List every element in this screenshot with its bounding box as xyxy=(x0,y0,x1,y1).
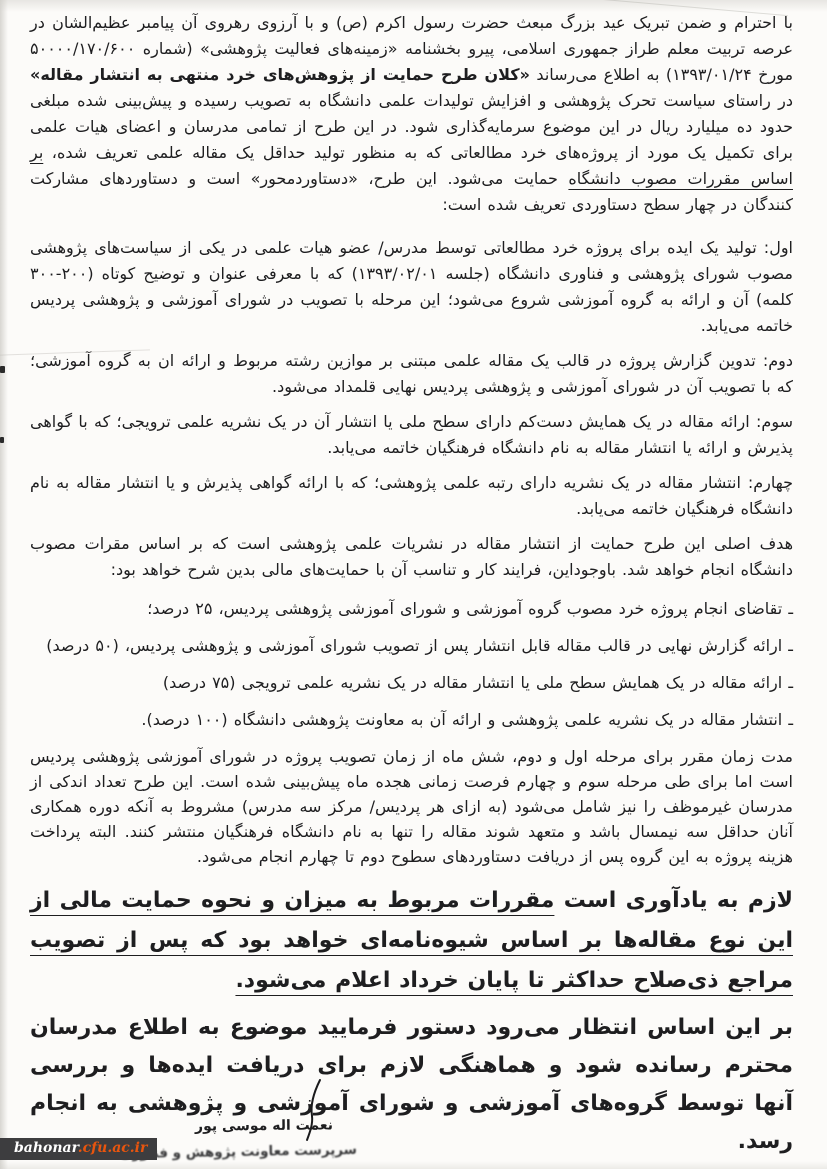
intro-text-2: در راستای سیاست تحرک پژوهشی و افزایش تول… xyxy=(30,91,793,162)
duration-paragraph: مدت زمان مقرر برای مرحله اول و دوم، شش م… xyxy=(30,744,793,869)
scan-speck xyxy=(0,366,5,373)
letter-body: با احترام و ضمن تبریک عید بزرگ مبعث حضرت… xyxy=(30,10,793,1169)
level-3-paragraph: سوم: ارائه مقاله در یک همایش دست‌کم دارا… xyxy=(30,409,793,461)
funding-step-2: ـ ارائه گزارش نهایی در قالب مقاله قابل ا… xyxy=(30,633,793,659)
plan-title-bold: «کلان طرح حمایت از پژوهش‌های خرد منتهی ب… xyxy=(30,65,530,84)
intro-paragraph: با احترام و ضمن تبریک عید بزرگ مبعث حضرت… xyxy=(30,10,793,218)
watermark-site-name: bahonar xyxy=(14,1140,78,1156)
watermark-domain: .cfu.ac.ir xyxy=(78,1140,148,1156)
level-4-paragraph: چهارم: انتشار مقاله در یک نشریه دارای رت… xyxy=(30,470,793,522)
reminder-lead: لازم به یادآوری است xyxy=(554,888,793,913)
goal-paragraph: هدف اصلی این طرح حمایت از انتشار مقاله د… xyxy=(30,531,793,583)
site-watermark: bahonar.cfu.ac.ir xyxy=(0,1138,157,1160)
scan-edge-left xyxy=(0,0,8,1169)
level-1-paragraph: اول: تولید یک ایده برای پروژه خرد مطالعا… xyxy=(30,235,793,339)
reminder-paragraph: لازم به یادآوری است مقررات مربوط به میزا… xyxy=(30,881,793,1001)
funding-step-1: ـ تقاضای انجام پروژه خرد مصوب گروه آموزش… xyxy=(30,596,793,622)
level-2-paragraph: دوم: تدوین گزارش پروژه در قالب یک مقاله … xyxy=(30,348,793,400)
scan-speck xyxy=(0,437,4,443)
funding-step-4: ـ انتشار مقاله در یک نشریه علمی پژوهشی و… xyxy=(30,707,793,733)
signature-name: نعمت اله موسی پور xyxy=(195,1117,333,1134)
funding-step-3: ـ ارائه مقاله در یک همایش سطح ملی یا انت… xyxy=(30,670,793,696)
